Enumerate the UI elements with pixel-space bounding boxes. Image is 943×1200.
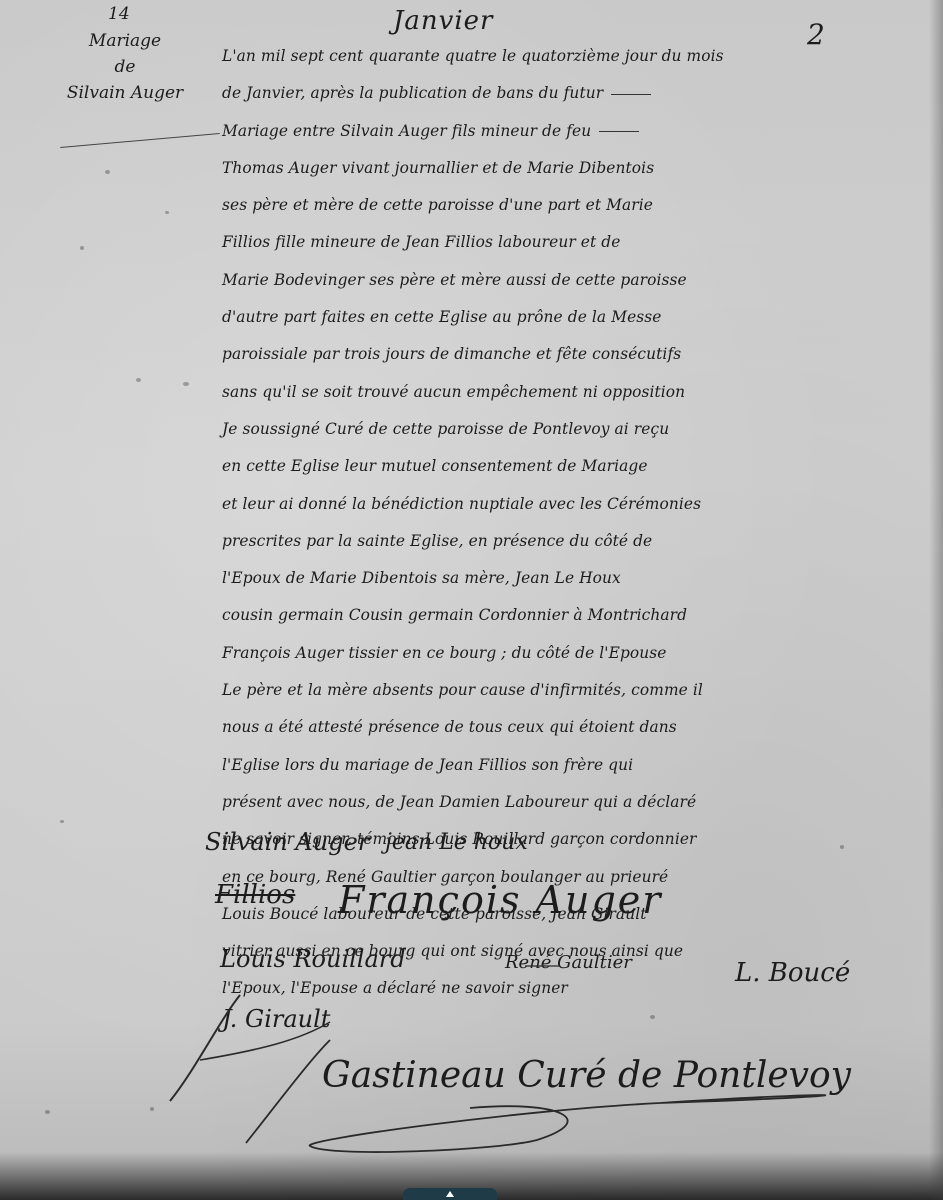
ink-speck <box>45 1110 50 1114</box>
body-line: François Auger tissier en ce bourg ; du … <box>222 635 932 672</box>
body-line: en cette Eglise leur mutuel consentement… <box>222 448 932 485</box>
record-body: L'an mil sept cent quarante quatre le qu… <box>222 38 932 1008</box>
month-heading: Janvier <box>393 6 494 36</box>
ink-speck <box>183 382 189 386</box>
body-line: Le père et la mère absents pour cause d'… <box>222 672 932 709</box>
margin-note-line-1: Mariage <box>40 28 210 54</box>
margin-note-line-3: Silvain Auger <box>40 80 210 106</box>
folio-number: 14 <box>108 4 130 24</box>
signature-witness: Louis Rouillard <box>220 945 406 973</box>
expand-panel-button[interactable] <box>403 1188 497 1200</box>
signature-witness: L. Boucé <box>735 958 850 988</box>
body-line: présent avec nous, de Jean Damien Labour… <box>222 784 932 821</box>
body-line: ses père et mère de cette paroisse d'une… <box>222 187 932 224</box>
ink-speck <box>60 820 64 823</box>
body-line: Fillios fille mineure de Jean Fillios la… <box>222 224 932 261</box>
body-line: l'Epoux de Marie Dibentois sa mère, Jean… <box>222 560 932 597</box>
margin-rule <box>60 133 219 148</box>
body-line: paroissiale par trois jours de dimanche … <box>222 336 932 373</box>
body-line: et leur ai donné la bénédiction nuptiale… <box>222 486 932 523</box>
body-line: Marie Bodevinger ses père et mère aussi … <box>222 262 932 299</box>
ink-speck <box>165 211 169 214</box>
body-line: Mariage entre Silvain Auger fils mineur … <box>222 113 932 150</box>
ink-speck <box>150 1107 154 1111</box>
signature-witness: François Auger <box>338 878 662 922</box>
body-line: sans qu'il se soit trouvé aucun empêchem… <box>222 374 932 411</box>
document-page: 14 Mariage de Silvain Auger Janvier 2 L'… <box>0 0 943 1200</box>
ink-speck <box>136 378 141 382</box>
ink-speck <box>80 246 84 250</box>
body-line: L'an mil sept cent quarante quatre le qu… <box>222 38 932 75</box>
ink-speck <box>650 1015 655 1019</box>
body-line: Je soussigné Curé de cette paroisse de P… <box>222 411 932 448</box>
signature-struck: Fillios <box>215 880 295 910</box>
body-line: de Janvier, après la publication de bans… <box>222 75 932 112</box>
margin-note-line-2: de <box>40 54 210 80</box>
signature-priest: Gastineau Curé de Pontlevoy <box>322 1055 851 1096</box>
up-arrow-icon <box>446 1191 454 1197</box>
ink-speck <box>105 170 110 174</box>
signature-groom: Silvain Auger <box>205 828 369 856</box>
signature-witness: J. Girault <box>222 1005 330 1033</box>
signature-witness: René Gaultier <box>505 952 632 973</box>
margin-note: Mariage de Silvain Auger <box>40 28 210 106</box>
body-line: prescrites par la sainte Eglise, en prés… <box>222 523 932 560</box>
body-line: cousin germain Cousin germain Cordonnier… <box>222 597 932 634</box>
body-line: d'autre part faites en cette Eglise au p… <box>222 299 932 336</box>
signature-witness: jean Le houx <box>385 830 528 855</box>
body-line: l'Eglise lors du mariage de Jean Fillios… <box>222 747 932 784</box>
body-line: Thomas Auger vivant journallier et de Ma… <box>222 150 932 187</box>
body-line: nous a été attesté présence de tous ceux… <box>222 709 932 746</box>
